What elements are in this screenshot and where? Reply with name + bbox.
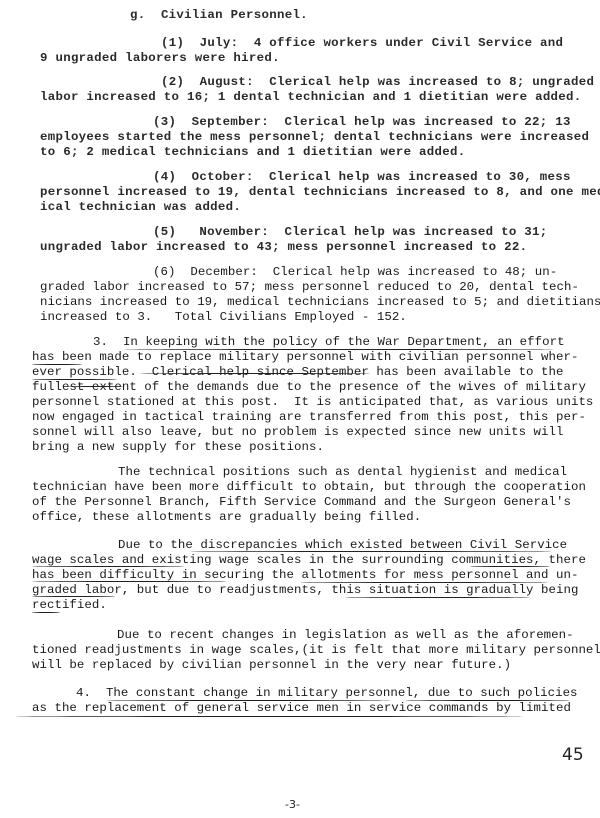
para-technical-line-3: of the Personnel Branch, Fifth Service C…	[32, 495, 571, 509]
para-technical-line-1: The technical positions such as dental h…	[118, 465, 567, 479]
hand-underline	[32, 379, 117, 380]
item-2-line-2: labor increased to 16; 1 dental technici…	[40, 90, 582, 104]
para-3-line-8: bring a new supply for these positions.	[32, 440, 324, 454]
para-discrepancies-line-3: has been difficulty in securing the allo…	[32, 568, 578, 582]
hand-underline	[300, 582, 548, 583]
para-3-line-1: 3. In keeping with the policy of the War…	[93, 335, 565, 349]
item-3-line-2: employees started the mess personnel; de…	[40, 130, 589, 144]
para-technical-line-4: office, these allotments are gradually b…	[32, 510, 421, 524]
hand-underline	[190, 551, 552, 552]
hand-underline	[32, 596, 115, 597]
para-legislation-line-2: tioned readjustments in wage scales,(it …	[32, 643, 600, 657]
para-discrepancies-line-5: rectified.	[32, 598, 107, 612]
para-discrepancies-line-4: graded labor, but due to readjustments, …	[32, 583, 578, 597]
para-technical-line-2: technician have been more difficult to o…	[32, 480, 586, 494]
para-3-line-6: now engaged in tactical training are tra…	[32, 410, 586, 424]
item-1-line-1: (1) July: 4 office workers under Civil S…	[161, 36, 563, 50]
section-heading: g. Civilian Personnel.	[130, 8, 308, 22]
item-6-line-3: nicians increased to 19, medical technic…	[40, 295, 600, 309]
para-3-line-4: fullest extent of the demands due to the…	[32, 380, 586, 394]
hand-underline	[32, 612, 60, 613]
item-5-line-2: ungraded labor increased to 43; mess per…	[40, 240, 527, 254]
item-4-line-3: ical technician was added.	[40, 200, 241, 214]
para-3-line-7: sonnel will also leave, but no problem i…	[32, 425, 563, 439]
item-6-line-2: graded labor increased to 57; mess perso…	[40, 280, 579, 294]
hand-strike	[140, 373, 370, 374]
para-4-line-1: 4. The constant change in military perso…	[76, 686, 578, 700]
hand-strike	[68, 386, 123, 387]
item-6-line-1: (6) December: Clerical help was increase…	[153, 265, 557, 279]
para-4-line-2: as the replacement of general service me…	[32, 701, 571, 715]
para-legislation-line-3: will be replaced by civilian personnel i…	[32, 658, 511, 672]
hand-underline	[106, 700, 391, 701]
para-legislation-line-1: Due to recent changes in legislation as …	[117, 628, 574, 642]
hand-underline	[123, 349, 555, 350]
item-5-line-1: (5) November: Clerical help was increase…	[153, 225, 548, 239]
hand-underline	[32, 364, 82, 365]
item-3-line-3: to 6; 2 medical technicians and 1 dietit…	[40, 145, 465, 159]
hand-underline	[14, 716, 524, 717]
item-2-line-1: (2) August: Clerical help was increased …	[161, 75, 594, 89]
item-3-line-1: (3) September: Clerical help was increas…	[153, 115, 571, 129]
item-4-line-1: (4) October: Clerical help was increased…	[153, 170, 571, 184]
item-4-line-2: personnel increased to 19, dental techni…	[40, 185, 600, 199]
para-3-line-5: personnel stationed at this post. It is …	[32, 395, 593, 409]
hand-underline	[405, 700, 570, 701]
item-1-line-2: 9 ungraded laborers were hired.	[40, 51, 280, 65]
para-3-line-2: has been made to replace military person…	[32, 350, 578, 364]
para-3-line-3: ever possible. Clerical help since Septe…	[32, 365, 563, 379]
hand-underline	[470, 566, 550, 567]
hand-underline	[345, 597, 530, 598]
footer-page-number: -3-	[285, 798, 300, 811]
document-page: g. Civilian Personnel. (1) July: 4 offic…	[0, 0, 600, 818]
hand-underline	[32, 581, 227, 582]
item-6-line-4: increased to 3. Total Civilians Employed…	[40, 310, 407, 324]
handwritten-page-number: 45	[562, 745, 584, 765]
para-discrepancies-line-1: Due to the discrepancies which existed b…	[118, 538, 567, 552]
hand-underline	[32, 566, 184, 567]
para-discrepancies-line-2: wage scales and existing wage scales in …	[32, 553, 586, 567]
